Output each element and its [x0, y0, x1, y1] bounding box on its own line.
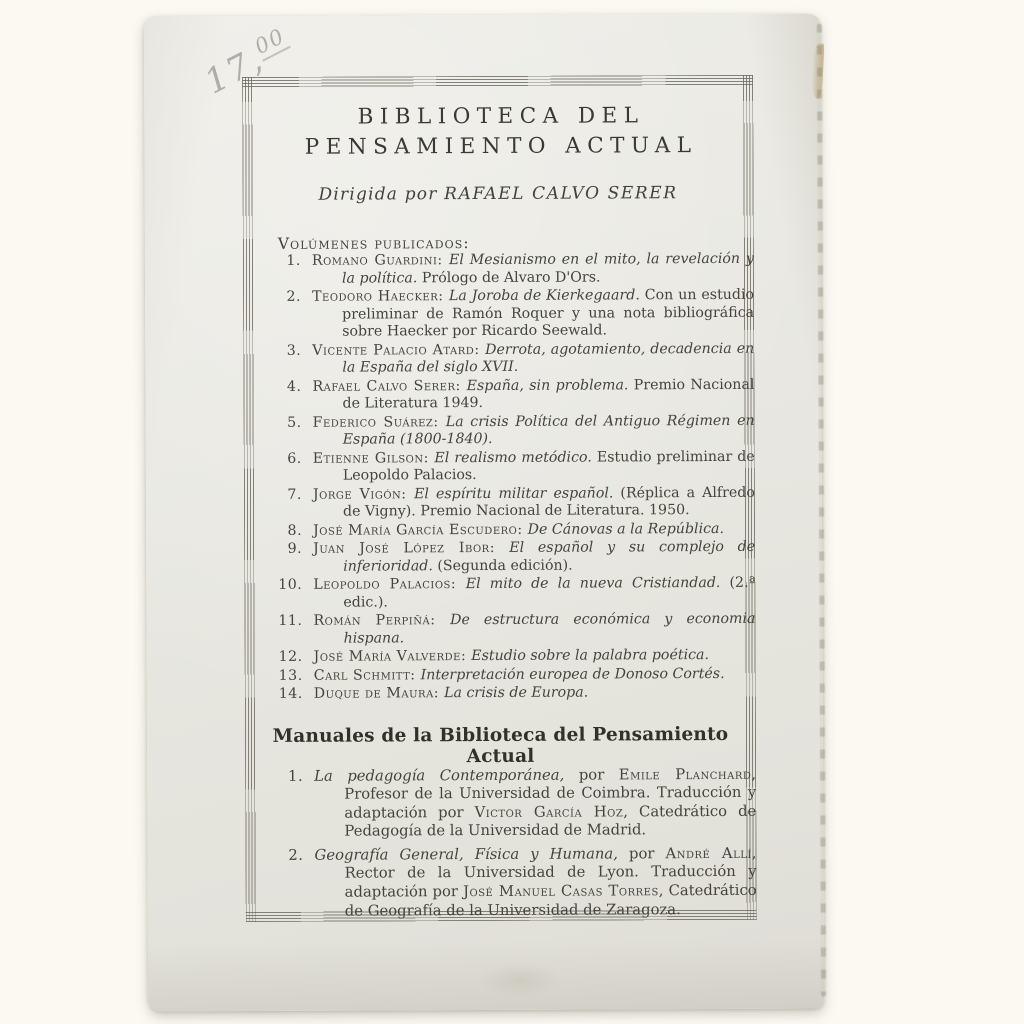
author-name: Emile Planchard — [619, 765, 752, 783]
author-name: Duque de Maura: — [314, 685, 444, 702]
list-item: 2.Geografía General, Física y Humana, po… — [344, 845, 756, 921]
list-item: 9.Juan José López Ibor: El español y su … — [343, 539, 755, 576]
work-title: La crisis de Europa. — [444, 685, 588, 702]
list-item: 14.Duque de Maura: La crisis de Europa. — [344, 684, 756, 703]
item-text: por — [564, 766, 619, 783]
author-name: Jorge Vigón: — [313, 486, 414, 502]
list-item: 2.Teodoro Haecker: La Joroba de Kierkega… — [342, 287, 754, 341]
list-item: 1.La pedagogía Contemporánea, por Emile … — [344, 765, 756, 841]
work-title: El realismo metódico. — [434, 449, 591, 466]
book-back-cover-page: 17,00 BIBLIOTECA DEL PENSAMIENTO ACTUAL … — [144, 14, 824, 1012]
volumes-section-label: Volúmenes publicados: — [278, 233, 754, 253]
series-title-line2: PENSAMIENTO ACTUAL — [305, 133, 698, 160]
item-number: 11. — [272, 613, 302, 631]
list-item: 7.Jorge Vigón: El espíritu militar españ… — [343, 484, 755, 521]
item-number: 5. — [272, 414, 302, 432]
item-number: 12. — [273, 649, 303, 667]
item-text: por — [618, 845, 666, 862]
author-name: Victor García Hoz — [475, 803, 624, 821]
list-item: 5.Federico Suárez: La crisis Política de… — [343, 412, 755, 449]
author-name: André Allí — [665, 845, 751, 862]
item-number: 13. — [273, 667, 303, 685]
author-name: José María Valverde: — [314, 648, 472, 665]
item-text: Prólogo de Alvaro D'Ors. — [417, 269, 600, 286]
author-name: Vicente Palacio Atard: — [312, 341, 485, 358]
work-title: El mito de la nueva Cristiandad. — [466, 575, 721, 592]
item-number: 10. — [272, 577, 302, 595]
editor-name: RAFAEL CALVO SERER — [444, 183, 678, 204]
manuales-heading: Manuales de la Biblioteca del Pensamient… — [245, 723, 756, 767]
author-name: Juan José López Ibor: — [313, 540, 509, 557]
item-number: 2. — [271, 289, 301, 307]
author-name: Romano Guardini: — [312, 252, 449, 269]
item-text: (Segunda edición). — [433, 557, 573, 574]
work-title: Estudio sobre la palabra poética. — [471, 647, 709, 664]
author-name: José María García Escudero: — [313, 521, 528, 538]
author-name: Carl Schmitt: — [314, 667, 421, 683]
list-item: 11.Román Perpiñá: De estructura económic… — [343, 611, 755, 648]
list-item: 10.Leopoldo Palacios: El mito de la nuev… — [343, 575, 755, 612]
item-number: 9. — [272, 541, 302, 559]
author-name: Rafael Calvo Serer: — [312, 378, 466, 395]
author-name: Federico Suárez: — [313, 414, 446, 431]
series-title-line1: BIBLIOTECA DEL — [358, 103, 645, 129]
list-item: 1.Romano Guardini: El Mesianismo en el m… — [342, 251, 754, 288]
author-name: José Manuel Casas Torres — [463, 882, 659, 900]
item-number: 14. — [273, 686, 303, 704]
manuales-list: 1.La pedagogía Contemporánea, por Emile … — [245, 765, 757, 921]
item-number: 8. — [272, 522, 302, 540]
item-number: 6. — [272, 450, 302, 468]
work-title: Interpretación europea de Donoso Cortés. — [421, 665, 725, 682]
series-editor-line: Dirigida por RAFAEL CALVO SERER — [243, 183, 754, 205]
work-title: Geografía General, Física y Humana, — [314, 845, 618, 863]
author-name: Teodoro Haecker: — [312, 288, 449, 305]
photo-background: 17,00 BIBLIOTECA DEL PENSAMIENTO ACTUAL … — [0, 0, 1024, 1024]
work-title: El espíritu militar español. — [414, 485, 613, 502]
paper-tear — [811, 43, 825, 98]
item-number: 1. — [271, 253, 301, 271]
printed-content: BIBLIOTECA DEL PENSAMIENTO ACTUAL Dirigi… — [242, 75, 757, 926]
item-number: 7. — [272, 486, 302, 504]
list-item: 8.José María García Escudero: De Cánovas… — [343, 520, 755, 539]
item-number: 4. — [271, 378, 301, 396]
author-name: Leopoldo Palacios: — [313, 576, 466, 593]
work-title: De Cánovas a la República. — [528, 520, 724, 537]
list-item: 4.Rafael Calvo Serer: España, sin proble… — [342, 376, 754, 413]
list-item: 12.José María Valverde: Estudio sobre la… — [344, 647, 756, 666]
item-number: 3. — [271, 342, 301, 360]
series-title: BIBLIOTECA DEL PENSAMIENTO ACTUAL — [242, 101, 753, 163]
work-title: La Joroba de Kierkegaard. — [449, 287, 640, 304]
item-number: 1. — [273, 767, 303, 786]
work-title: La pedagogía Contemporánea, — [314, 766, 564, 784]
list-item: 6.Etienne Gilson: El realismo metódico. … — [343, 448, 755, 485]
work-title: España, sin problema. — [467, 377, 629, 394]
author-name: Román Perpiñá: — [313, 612, 450, 629]
author-name: Etienne Gilson: — [313, 450, 435, 467]
editor-prefix: Dirigida por — [318, 184, 437, 205]
volumes-list: 1.Romano Guardini: El Mesianismo en el m… — [243, 251, 756, 704]
item-number: 2. — [273, 847, 303, 866]
list-item: 13.Carl Schmitt: Interpretación europea … — [344, 665, 756, 684]
list-item: 3.Vicente Palacio Atard: Derrota, agotam… — [342, 340, 754, 377]
